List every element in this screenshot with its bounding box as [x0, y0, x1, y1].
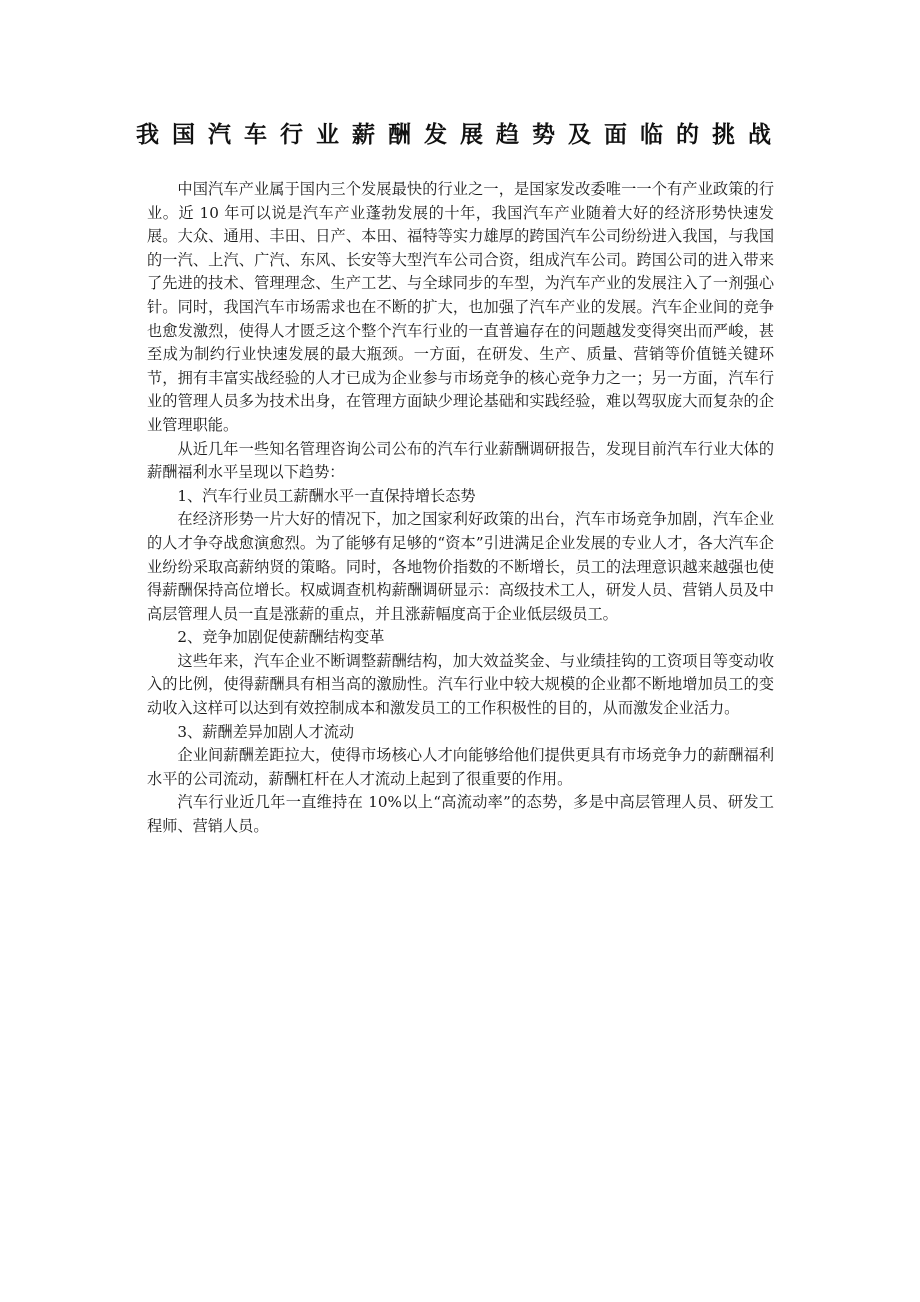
- paragraph-section-3b: 汽车行业近几年一直维持在 10%以上“高流动率”的态势，多是中高层管理人员、研发…: [147, 791, 774, 838]
- document-title: 我国汽车行业薪酬发展趋势及面临的挑战: [130, 120, 790, 150]
- section-heading-3: 3、薪酬差异加剧人才流动: [147, 721, 774, 745]
- paragraph-section-1: 在经济形势一片大好的情况下，加之国家利好政策的出台，汽车市场竞争加剧，汽车企业的…: [147, 508, 774, 626]
- document-page: 我国汽车行业薪酬发展趋势及面临的挑战 中国汽车产业属于国内三个发展最快的行业之一…: [0, 0, 920, 1302]
- paragraph-section-3a: 企业间薪酬差距拉大，使得市场核心人才向能够给他们提供更具有市场竞争力的薪酬福利水…: [147, 744, 774, 791]
- paragraph-section-2: 这些年来，汽车企业不断调整薪酬结构，加大效益奖金、与业绩挂钩的工资项目等变动收入…: [147, 650, 774, 721]
- paragraph-intro: 中国汽车产业属于国内三个发展最快的行业之一，是国家发改委唯一一个有产业政策的行业…: [147, 178, 774, 438]
- section-heading-2: 2、竞争加剧促使薪酬结构变革: [147, 626, 774, 650]
- document-body: 中国汽车产业属于国内三个发展最快的行业之一，是国家发改委唯一一个有产业政策的行业…: [147, 178, 774, 839]
- section-heading-1: 1、汽车行业员工薪酬水平一直保持增长态势: [147, 485, 774, 509]
- paragraph-survey-lead: 从近几年一些知名管理咨询公司公布的汽车行业薪酬调研报告，发现目前汽车行业大体的薪…: [147, 438, 774, 485]
